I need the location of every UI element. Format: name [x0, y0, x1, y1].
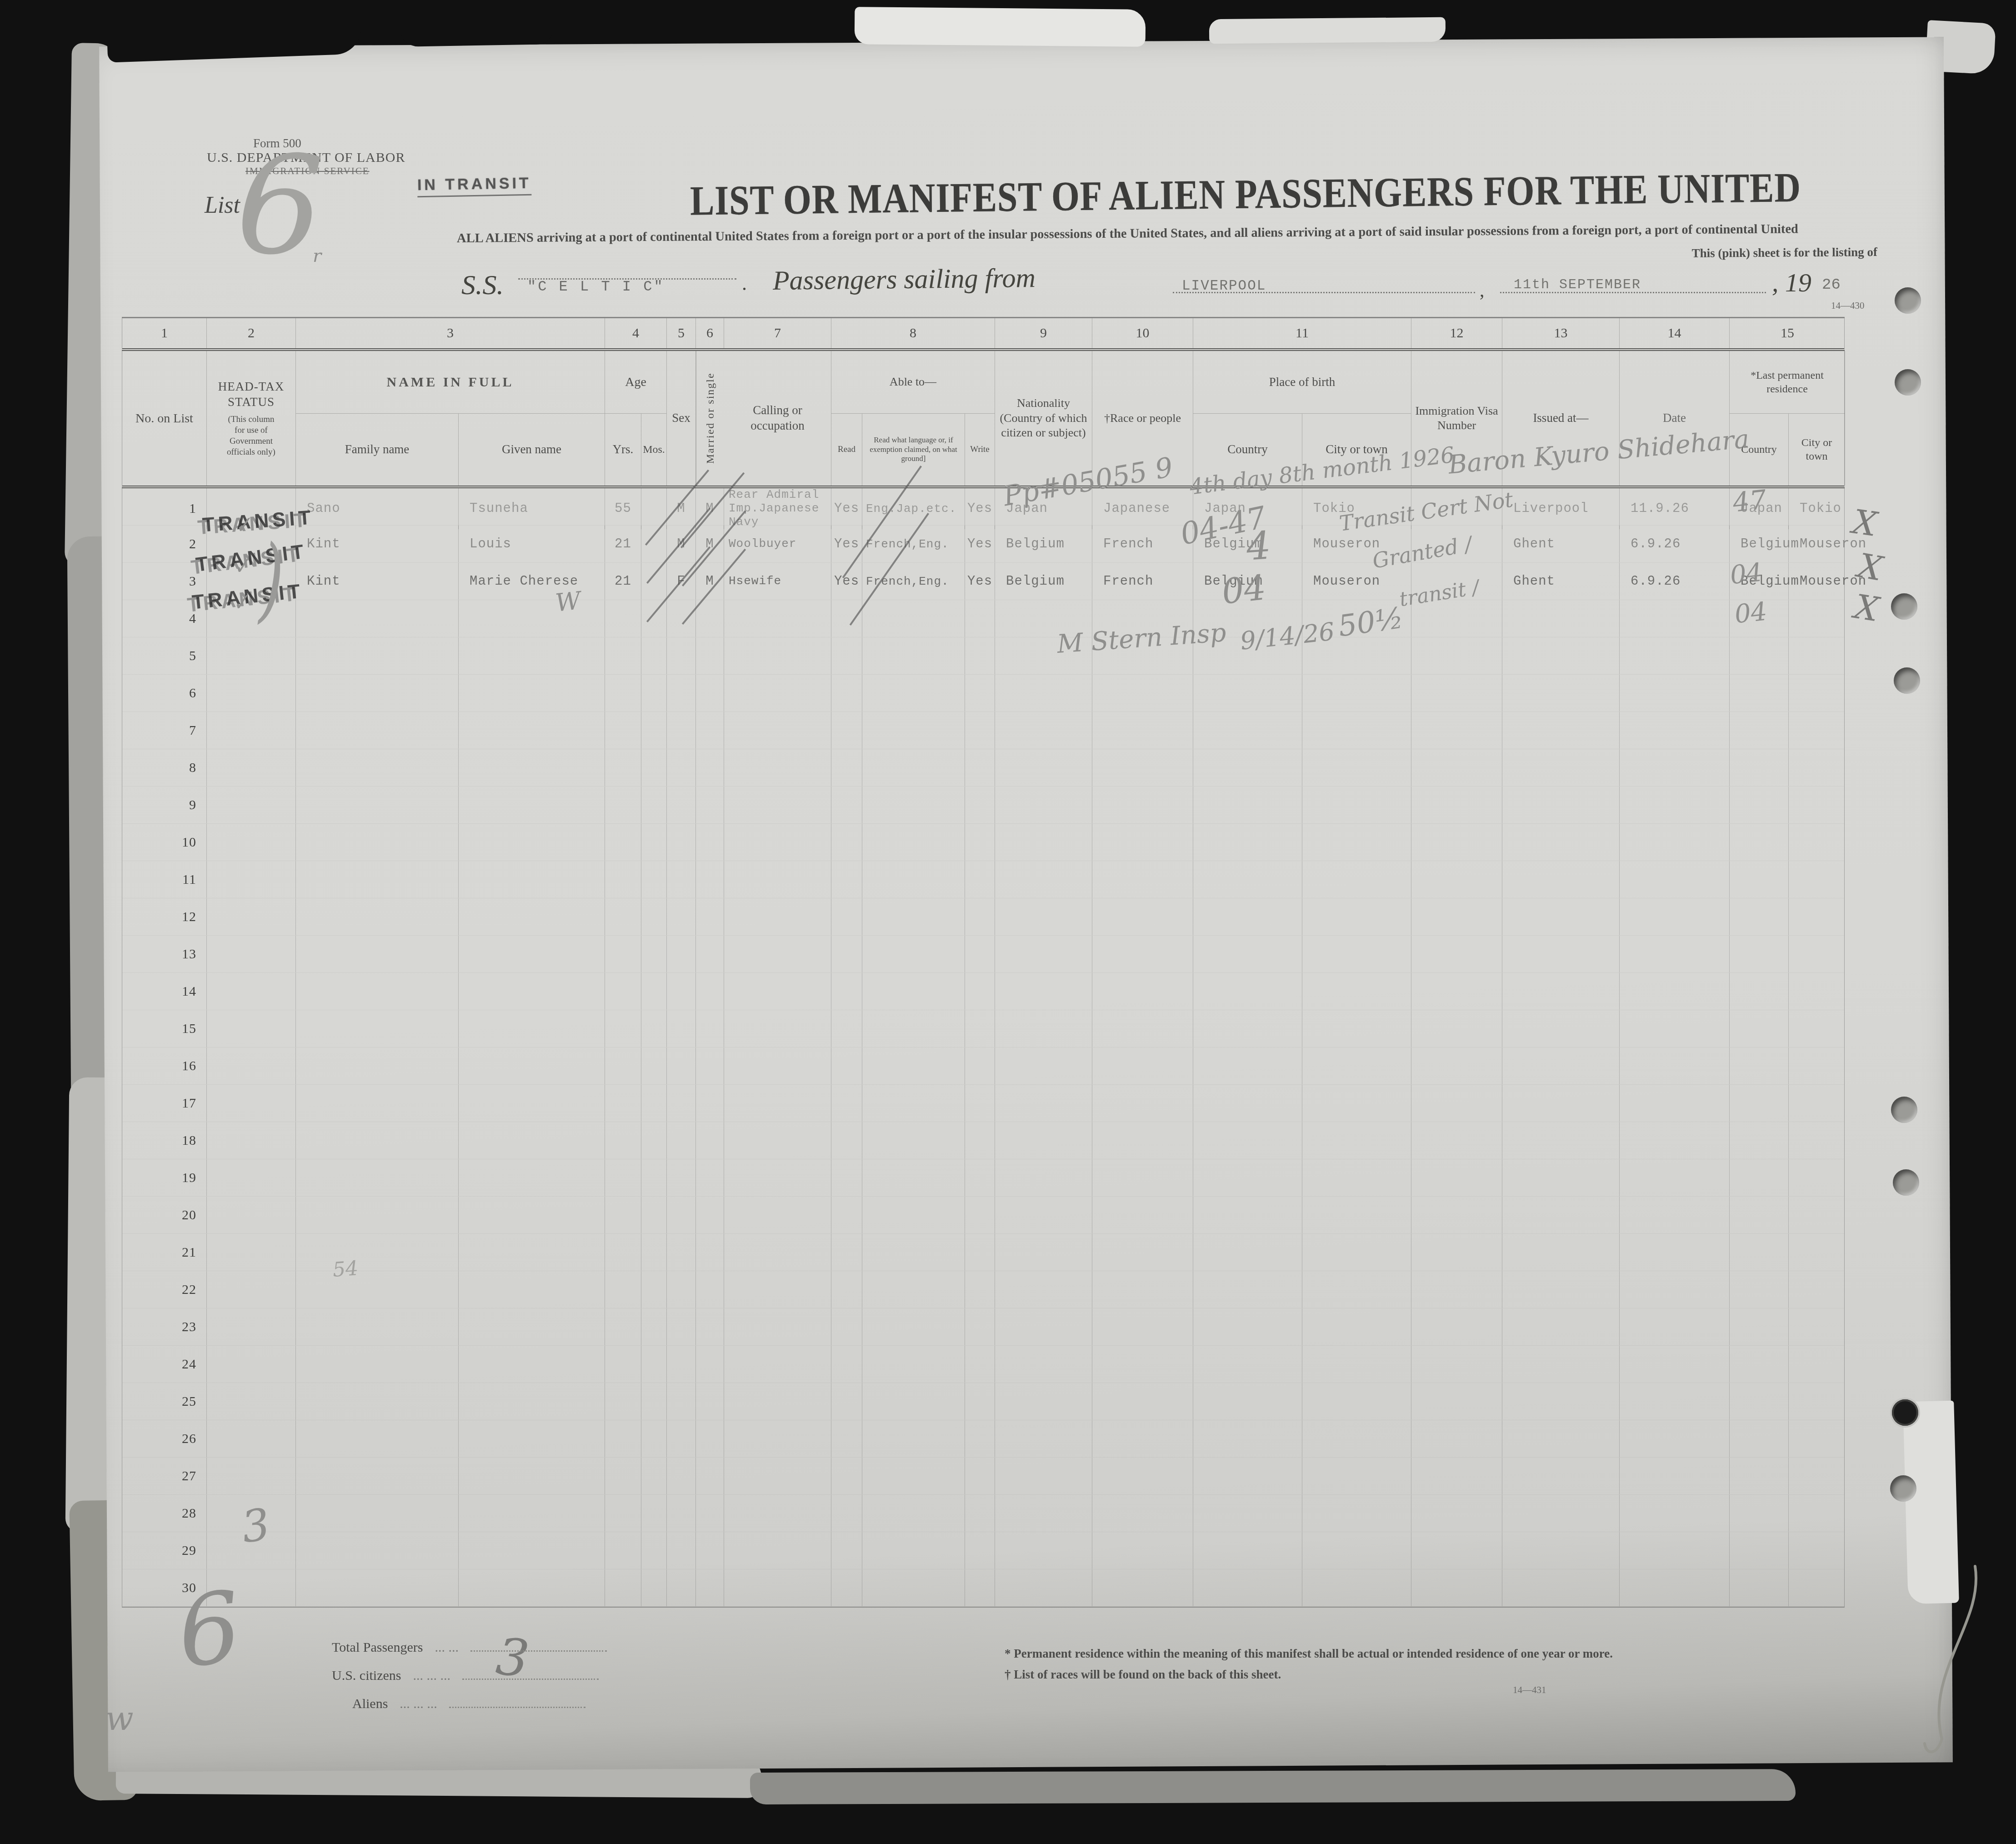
cell-residence-country [1730, 1458, 1789, 1494]
cell-married [696, 675, 724, 712]
cell-read [831, 675, 862, 712]
cell-read-language [862, 1458, 965, 1494]
cell-birth-city [1302, 749, 1411, 786]
cell-write [965, 1458, 995, 1494]
col-num: 14 [1620, 318, 1730, 348]
cell-calling [724, 675, 831, 712]
cell-sex [667, 1346, 696, 1383]
cell-age-mos [641, 824, 667, 861]
pencil-number: 04 [1220, 567, 1268, 612]
cell-headtax [207, 1458, 296, 1494]
cell-birth-country [1193, 749, 1302, 786]
ss-label: S.S. [461, 269, 504, 301]
cell-given-name [459, 600, 605, 637]
cell-read: Yes [831, 488, 862, 529]
cell-issue-date: 11.9.26 [1620, 488, 1730, 529]
cell-given-name [459, 1532, 605, 1569]
cell-write [965, 712, 995, 749]
table-row: 4 [122, 600, 1844, 637]
cell-family-name [296, 787, 459, 823]
table-row: 21 [122, 1234, 1844, 1271]
cell-birth-city [1302, 1047, 1411, 1084]
cell-birth-country [1193, 1458, 1302, 1494]
cell-birth-city [1302, 1159, 1411, 1196]
cell-headtax [207, 1159, 296, 1196]
total-passengers-label: Total Passengers [332, 1640, 423, 1655]
cell-sex [667, 898, 696, 935]
cell-nationality [995, 1085, 1092, 1122]
cell-issued-at [1502, 936, 1620, 972]
cell-headtax [207, 1197, 296, 1233]
col-num: 6 [696, 318, 724, 348]
cell-headtax [207, 1420, 296, 1457]
cell-write [965, 1122, 995, 1159]
cell-issue-date [1620, 1383, 1730, 1420]
cell-race [1092, 1458, 1193, 1494]
footnote-races: † List of races will be found on the bac… [1005, 1668, 1281, 1682]
cell-given-name [459, 1234, 605, 1271]
cell-residence-city [1789, 1383, 1845, 1420]
cell-write [965, 1308, 995, 1345]
cell-race [1092, 1346, 1193, 1383]
cell-residence-country [1730, 1308, 1789, 1345]
cell-age-yrs [605, 712, 641, 749]
cell-given-name [459, 1308, 605, 1345]
cell-headtax [207, 1234, 296, 1271]
pencil-x-mark: X [1852, 587, 1881, 629]
cell-married [696, 1197, 724, 1233]
pencil-scribble: r [313, 246, 321, 266]
cell-write [965, 1234, 995, 1271]
cell-given-name [459, 1458, 605, 1494]
cell-read-language: Eng.Jap.etc. [862, 488, 965, 529]
cell-family-name: Kint [296, 563, 459, 600]
cell-visa-number [1411, 1271, 1502, 1308]
cell-issue-date [1620, 712, 1730, 749]
cell-write [965, 1495, 995, 1532]
cell-age-mos [641, 1458, 667, 1494]
cell-married [696, 1569, 724, 1606]
cell-calling [724, 1234, 831, 1271]
cell-given-name [459, 936, 605, 972]
leader-dots: ... ... ... [413, 1668, 450, 1684]
cell-family-name [296, 712, 459, 749]
cell-birth-country [1193, 1197, 1302, 1233]
header-given-name: Given name [459, 414, 605, 486]
cell-race [1092, 712, 1193, 749]
cell-family-name [296, 600, 459, 637]
cell-issue-date [1620, 1458, 1730, 1494]
cell-read-language [862, 1122, 965, 1159]
cell-residence-country [1730, 824, 1789, 861]
cell-married [696, 787, 724, 823]
cell-residence-country [1730, 787, 1789, 823]
cell-sex [667, 675, 696, 712]
cell-age-mos [641, 712, 667, 749]
cell-sex [667, 1569, 696, 1606]
cell-nationality [995, 1308, 1092, 1345]
cell-birth-city [1302, 936, 1411, 972]
cell-birth-city [1302, 1234, 1411, 1271]
cell-given-name [459, 898, 605, 935]
cell-age-yrs [605, 787, 641, 823]
cell-issue-date [1620, 1569, 1730, 1606]
cell-read [831, 1234, 862, 1271]
aliens-row: Aliens ... ... ... [352, 1696, 585, 1712]
cell-issue-date [1620, 1346, 1730, 1383]
cell-residence-city [1789, 898, 1845, 935]
table-row: 24 [122, 1346, 1844, 1383]
cell-nationality [995, 898, 1092, 935]
cell-birth-country [1193, 1122, 1302, 1159]
col-num: 2 [207, 318, 296, 348]
cell-calling [724, 787, 831, 823]
table-row: 19 [122, 1159, 1844, 1197]
cell-race: French [1092, 563, 1193, 600]
cell-issue-date [1620, 1495, 1730, 1532]
cell-age-yrs [605, 637, 641, 674]
cell-sex [667, 1085, 696, 1122]
cell-nationality [995, 1569, 1092, 1606]
cell-visa-number [1411, 637, 1502, 674]
cell-issued-at [1502, 1458, 1620, 1494]
table-row: 29 [122, 1532, 1844, 1569]
cell-birth-city [1302, 861, 1411, 898]
sailing-label: Passengers sailing from [773, 262, 1036, 296]
cell-residence-country [1730, 1010, 1789, 1047]
cell-headtax [207, 1308, 296, 1345]
table-row: 2 Kint Louis 21 M M Woolbuyer Yes French… [122, 526, 1844, 563]
cell-birth-country [1193, 1569, 1302, 1606]
cell-family-name [296, 1495, 459, 1532]
cell-issued-at [1502, 712, 1620, 749]
cell-calling [724, 1346, 831, 1383]
table-row: 22 [122, 1271, 1844, 1308]
form-code-bottom: 14—431 [1513, 1684, 1546, 1696]
cell-birth-city [1302, 1308, 1411, 1345]
cell-read-language [862, 637, 965, 674]
table-row: 20 [122, 1197, 1844, 1234]
cell-age-mos [641, 861, 667, 898]
cell-calling [724, 712, 831, 749]
cell-row-number: 16 [122, 1047, 207, 1084]
cell-visa-number [1411, 1010, 1502, 1047]
cell-issued-at: Liverpool [1502, 488, 1620, 529]
cell-visa-number [1411, 1197, 1502, 1233]
cell-family-name [296, 1532, 459, 1569]
cell-issue-date [1620, 675, 1730, 712]
cell-birth-country [1193, 1346, 1302, 1383]
cell-headtax [207, 675, 296, 712]
cell-read [831, 1346, 862, 1383]
cell-read [831, 1159, 862, 1196]
cell-residence-country [1730, 1495, 1789, 1532]
cell-calling [724, 1383, 831, 1420]
cell-visa-number [1411, 1569, 1502, 1606]
cell-issue-date [1620, 1010, 1730, 1047]
cell-row-number: 26 [122, 1420, 207, 1457]
cell-issued-at [1502, 861, 1620, 898]
cell-issue-date [1620, 1308, 1730, 1345]
cell-headtax [207, 861, 296, 898]
cell-calling [724, 1495, 831, 1532]
cell-visa-number [1411, 1458, 1502, 1494]
cell-age-yrs [605, 861, 641, 898]
fill-in-line [462, 1668, 599, 1680]
cell-issued-at: Ghent [1502, 526, 1620, 562]
header-res-city: City or town [1789, 414, 1845, 486]
cell-residence-city [1789, 1308, 1845, 1345]
cell-age-mos [641, 1085, 667, 1122]
us-citizens-row: U.S. citizens ... ... ... [332, 1668, 599, 1684]
cell-write [965, 1271, 995, 1308]
cell-row-number: 9 [122, 787, 207, 823]
cell-read-language [862, 1085, 965, 1122]
cell-read-language [862, 1569, 965, 1606]
cell-family-name [296, 1122, 459, 1159]
cell-age-yrs [605, 1010, 641, 1047]
cell-write [965, 1532, 995, 1569]
fill-in-line [470, 1639, 607, 1652]
cell-nationality [995, 1458, 1092, 1494]
pencil-stroke [1873, 1559, 1991, 1773]
cell-row-number: 10 [122, 824, 207, 861]
cell-race [1092, 1047, 1193, 1084]
cell-family-name [296, 936, 459, 972]
header-name-group: NAME IN FULL [296, 351, 605, 414]
cell-calling [724, 936, 831, 972]
cell-race [1092, 749, 1193, 786]
cell-birth-city [1302, 824, 1411, 861]
cell-read-language [862, 1308, 965, 1345]
cell-visa-number [1411, 675, 1502, 712]
cell-read [831, 824, 862, 861]
cell-read [831, 1197, 862, 1233]
cell-issued-at [1502, 824, 1620, 861]
cell-age-yrs [605, 1495, 641, 1532]
cell-nationality [995, 1271, 1092, 1308]
cell-calling [724, 1458, 831, 1494]
table-row: 1 Sano Tsuneha 55 M M Rear Admiral Imp.J… [122, 488, 1844, 526]
cell-read-language [862, 1010, 965, 1047]
form-code-top: 14—430 [1831, 300, 1865, 311]
table-row: 13 [122, 936, 1844, 973]
cell-write [965, 637, 995, 674]
cell-write: Yes [965, 563, 995, 600]
cell-headtax [207, 1047, 296, 1084]
cell-issued-at: Ghent [1502, 563, 1620, 600]
cell-nationality: Belgium [995, 526, 1092, 562]
cell-calling: Rear Admiral Imp.Japanese Navy [724, 488, 831, 529]
cell-issue-date [1620, 898, 1730, 935]
cell-headtax [207, 712, 296, 749]
cell-birth-country [1193, 824, 1302, 861]
cell-nationality [995, 675, 1092, 712]
cell-birth-country [1193, 1420, 1302, 1457]
cell-read-language: French,Eng. [862, 526, 965, 562]
cell-age-yrs [605, 1532, 641, 1569]
period: . [742, 272, 747, 295]
cell-age-yrs [605, 898, 641, 935]
cell-married [696, 1047, 724, 1084]
cell-issued-at [1502, 787, 1620, 823]
cell-race: French [1092, 526, 1193, 562]
cell-sex [667, 712, 696, 749]
cell-age-yrs [605, 1569, 641, 1606]
cell-race [1092, 936, 1193, 972]
cell-residence-city [1789, 1532, 1845, 1569]
cell-given-name [459, 712, 605, 749]
cell-sex: M [667, 488, 696, 529]
cell-age-yrs [605, 1458, 641, 1494]
cell-row-number: 28 [122, 1495, 207, 1532]
cell-age-yrs [605, 1308, 641, 1345]
cell-sex [667, 1122, 696, 1159]
cell-family-name [296, 1159, 459, 1196]
cell-calling: Woolbuyer [724, 526, 831, 562]
cell-sex [667, 1159, 696, 1196]
cell-issued-at [1502, 1234, 1620, 1271]
table-body: 1 Sano Tsuneha 55 M M Rear Admiral Imp.J… [122, 488, 1845, 1608]
cell-given-name: Marie Cherese [459, 563, 605, 600]
cell-age-yrs [605, 1383, 641, 1420]
cell-issued-at [1502, 1085, 1620, 1122]
cell-age-yrs: 21 [605, 526, 641, 562]
cell-residence-city [1789, 1010, 1845, 1047]
cell-age-yrs [605, 973, 641, 1010]
cell-calling [724, 1085, 831, 1122]
cell-residence-city [1789, 936, 1845, 972]
cell-headtax [207, 936, 296, 972]
cell-married [696, 637, 724, 674]
cell-visa-number [1411, 1085, 1502, 1122]
cell-headtax [207, 1271, 296, 1308]
cell-write [965, 787, 995, 823]
ship-name: "C E L T I C" [527, 278, 665, 295]
header-no: No. on List [122, 351, 207, 486]
cell-residence-city: Mouseron [1789, 526, 1845, 562]
header-headtax-note: (This column for use of Government offic… [227, 414, 275, 457]
cell-issued-at [1502, 1569, 1620, 1606]
cell-issued-at [1502, 898, 1620, 935]
cell-nationality [995, 787, 1092, 823]
cell-birth-country [1193, 1010, 1302, 1047]
cell-given-name [459, 1047, 605, 1084]
cell-age-yrs [605, 1234, 641, 1271]
cell-issued-at [1502, 637, 1620, 674]
cell-write [965, 861, 995, 898]
cell-race [1092, 1495, 1193, 1532]
cell-given-name [459, 749, 605, 786]
cell-issue-date [1620, 1271, 1730, 1308]
cell-visa-number [1411, 1383, 1502, 1420]
cell-residence-city [1789, 1234, 1845, 1271]
cell-read [831, 1532, 862, 1569]
cell-residence-city [1789, 1420, 1845, 1457]
cell-write: Yes [965, 488, 995, 529]
cell-nationality [995, 1234, 1092, 1271]
sailing-port: LIVERPOOL [1182, 278, 1266, 294]
year-printed: , 19 [1772, 267, 1811, 298]
cell-residence-country [1730, 712, 1789, 749]
header-mos: Mos. [641, 414, 667, 486]
cell-birth-country [1193, 1085, 1302, 1122]
table-row: 25 [122, 1383, 1844, 1420]
cell-residence-city [1789, 1085, 1845, 1122]
cell-age-yrs [605, 600, 641, 637]
cell-headtax [207, 787, 296, 823]
header-write: Write [965, 414, 995, 486]
cell-residence-city [1789, 1271, 1845, 1308]
cell-given-name [459, 637, 605, 674]
cell-issued-at [1502, 1495, 1620, 1532]
cell-row-number: 22 [122, 1271, 207, 1308]
cell-issued-at [1502, 1420, 1620, 1457]
cell-read [831, 787, 862, 823]
cell-family-name [296, 749, 459, 786]
cell-issued-at [1502, 1308, 1620, 1345]
cell-married [696, 973, 724, 1010]
cell-birth-city [1302, 1346, 1411, 1383]
cell-residence-city [1789, 1197, 1845, 1233]
cell-given-name [459, 973, 605, 1010]
cell-given-name [459, 1569, 605, 1606]
cell-write [965, 1085, 995, 1122]
cell-age-mos [641, 1308, 667, 1345]
cell-race [1092, 1159, 1193, 1196]
cell-age-mos [641, 1159, 667, 1196]
cell-given-name [459, 861, 605, 898]
cell-issue-date [1620, 861, 1730, 898]
cell-residence-city [1789, 1122, 1845, 1159]
table-row: 10 [122, 824, 1844, 861]
cell-read-language [862, 936, 965, 972]
cell-given-name: Louis [459, 526, 605, 562]
header-able-group: Able to— [831, 351, 995, 414]
cell-write [965, 1047, 995, 1084]
cell-birth-city [1302, 1532, 1411, 1569]
cell-family-name [296, 1234, 459, 1271]
table-row: 14 [122, 973, 1844, 1010]
cell-row-number: 18 [122, 1122, 207, 1159]
col-num: 9 [995, 318, 1092, 348]
cell-age-mos [641, 898, 667, 935]
col-num: 10 [1092, 318, 1193, 348]
cell-read-language [862, 1383, 965, 1420]
cell-issued-at [1502, 1010, 1620, 1047]
cell-issue-date [1620, 787, 1730, 823]
col-num: 8 [831, 318, 995, 348]
cell-residence-city [1789, 749, 1845, 786]
cell-write [965, 1569, 995, 1606]
cell-family-name: Kint [296, 526, 459, 562]
cell-birth-city [1302, 712, 1411, 749]
cell-headtax [207, 973, 296, 1010]
footnote-residence: * Permanent residence within the meaning… [1005, 1647, 1613, 1661]
header-married: Married or single [696, 351, 724, 486]
cell-calling [724, 1271, 831, 1308]
cell-read [831, 1308, 862, 1345]
cell-issued-at [1502, 1159, 1620, 1196]
cell-age-mos [641, 1495, 667, 1532]
cell-residence-city [1789, 1569, 1845, 1606]
cell-sex [667, 749, 696, 786]
cell-residence-country [1730, 1197, 1789, 1233]
cell-race [1092, 1383, 1193, 1420]
cell-issued-at [1502, 1532, 1620, 1569]
col-num: 4 [605, 318, 667, 348]
cell-visa-number [1411, 1234, 1502, 1271]
